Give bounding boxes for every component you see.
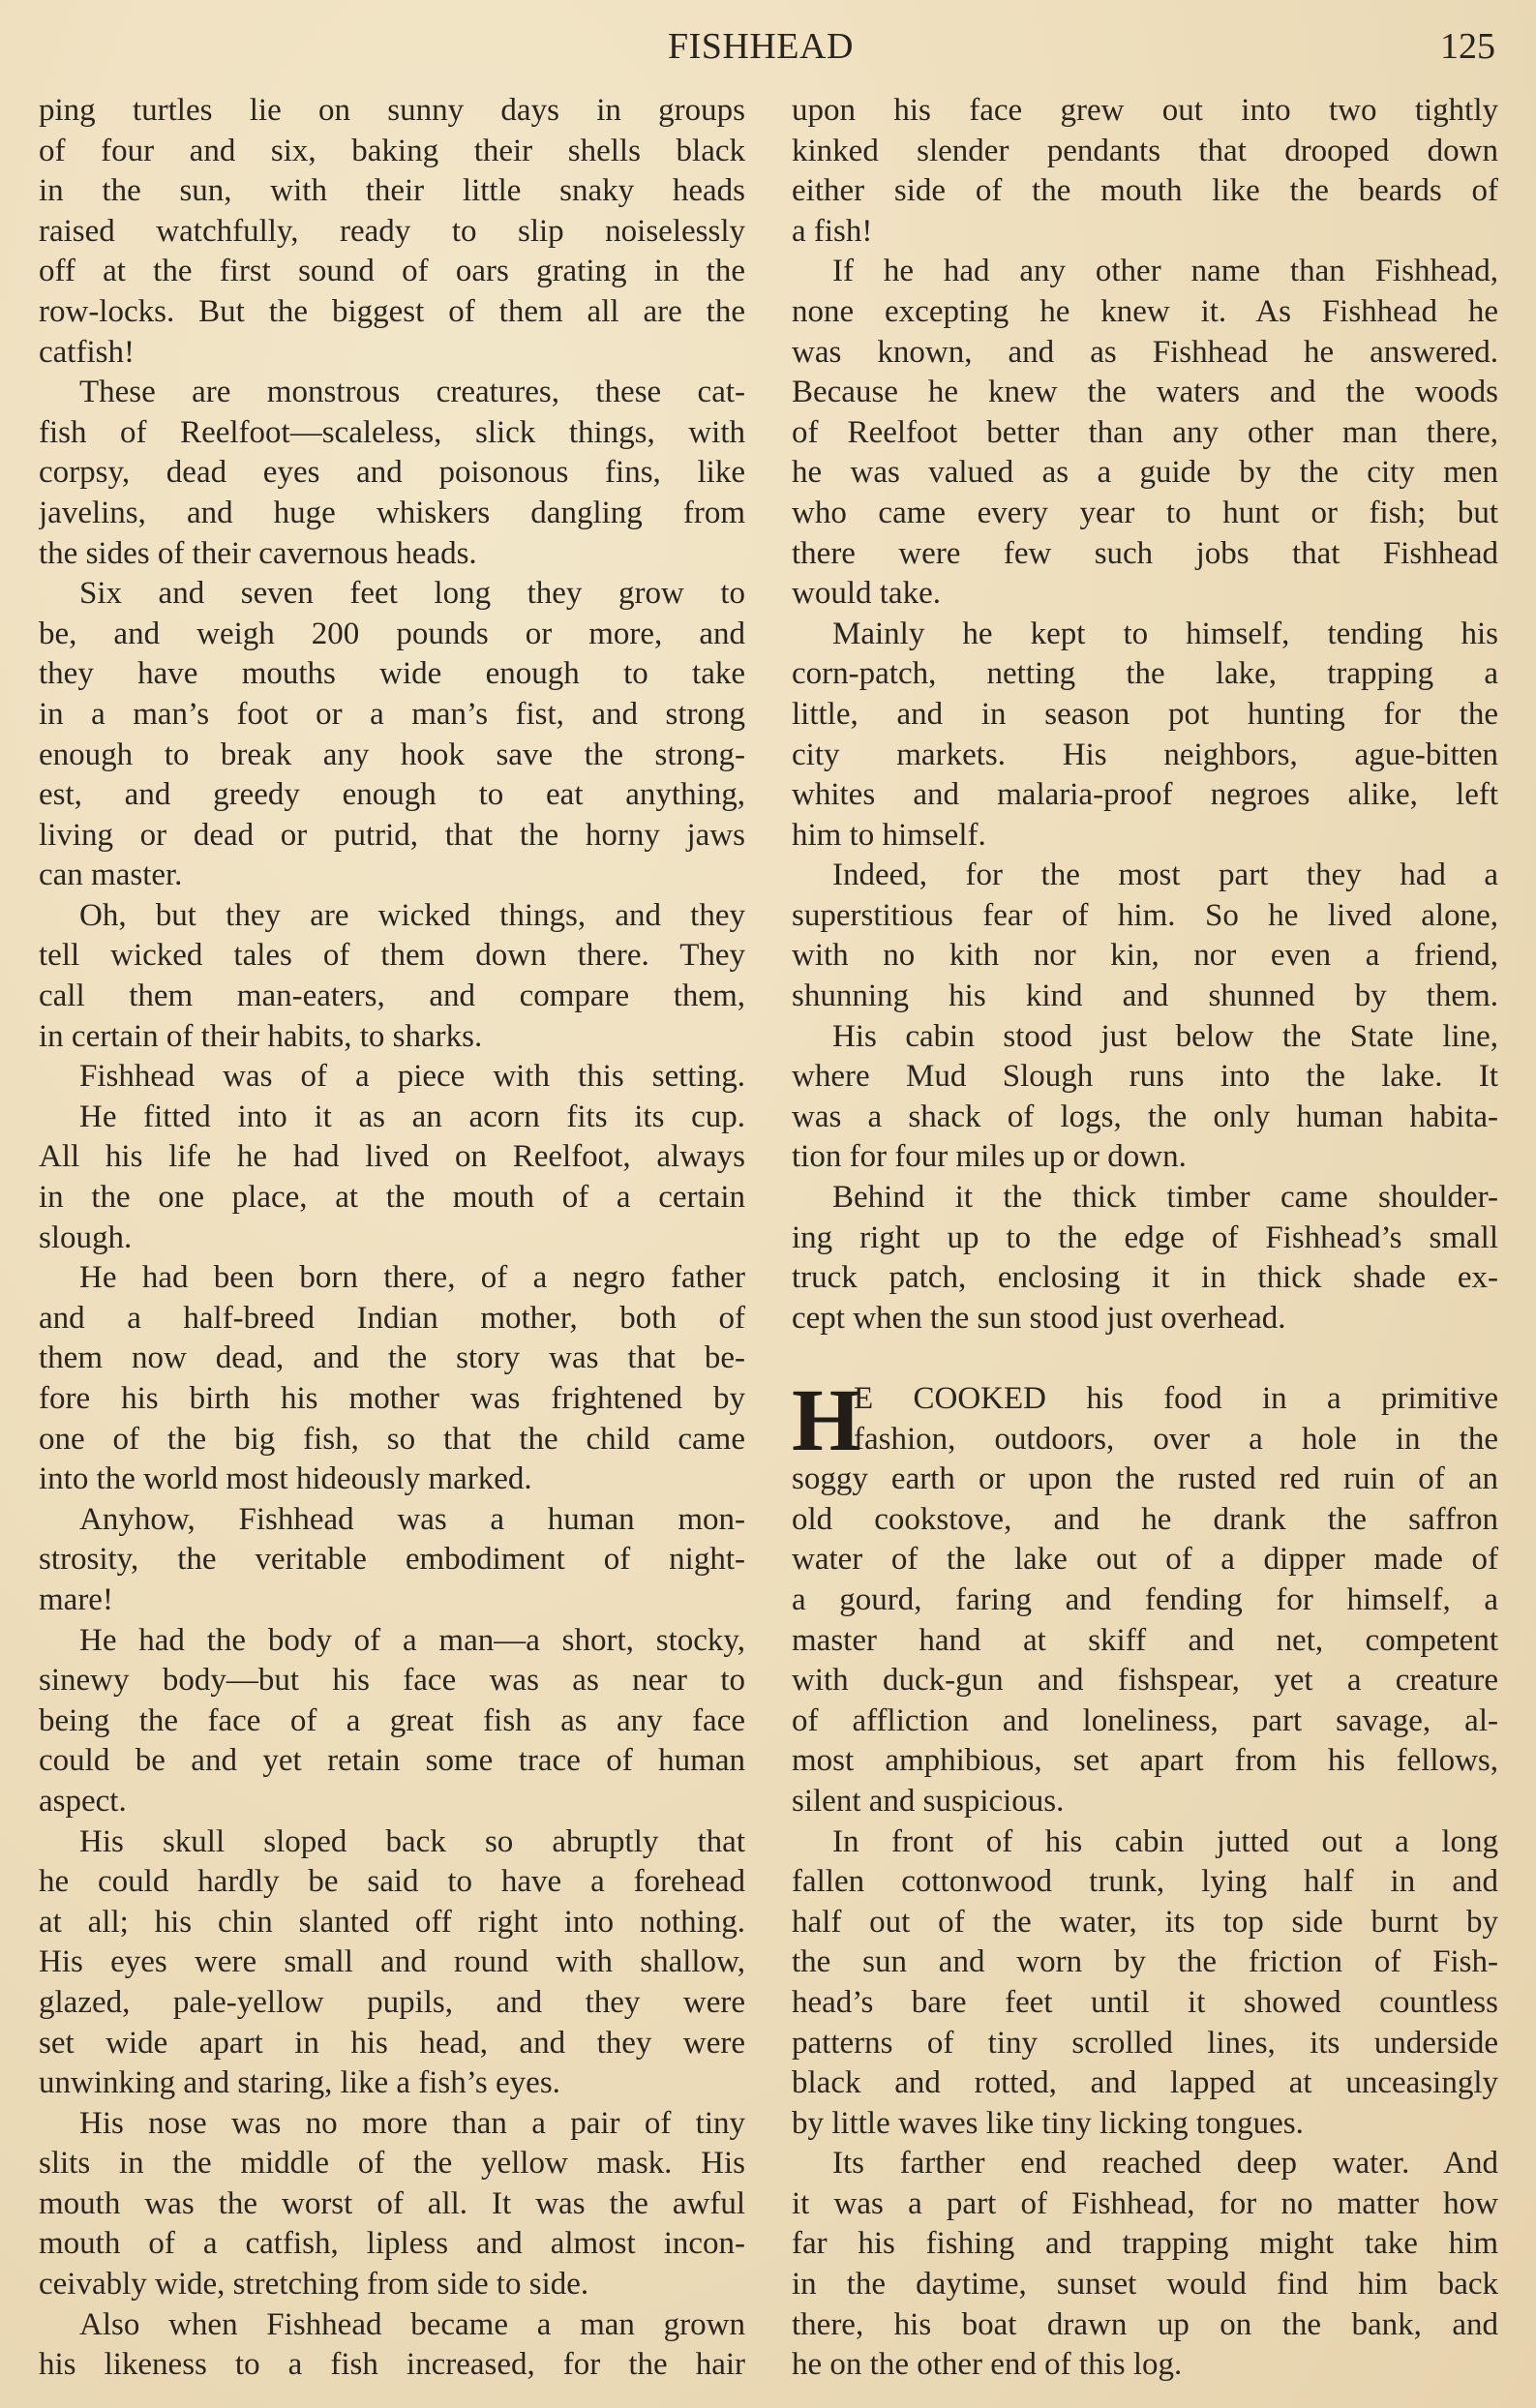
text-line: raised watchfully, ready to slip noisele… [39,212,745,253]
text-line: his likeness to a fish increased, for th… [39,2345,745,2386]
text-line: truck patch, enclosing it in thick shade… [792,1258,1498,1299]
section-opening: H E COOKED his food in a primitive fashi… [792,1379,1498,1460]
text-line: tell wicked tales of them down there. Th… [39,936,745,977]
text-line: fore his birth his mother was frightened… [39,1379,745,1420]
text-line: ceivably wide, stretching from side to s… [39,2265,745,2305]
drop-cap: H [792,1381,861,1459]
text-line: superstitious fear of him. So he lived a… [792,896,1498,937]
text-line: he was valued as a guide by the city men [792,453,1498,494]
text-line: His cabin stood just below the State lin… [792,1017,1498,1058]
text-line: can master. [39,856,745,896]
text-line: silent and suspicious. [792,1782,1498,1822]
text-line: tion for four miles up or down. [792,1137,1498,1178]
text-line: most amphibious, set apart from his fell… [792,1741,1498,1782]
text-line: javelins, and huge whiskers dangling fro… [39,494,745,534]
text-line: far his fishing and trapping might take … [792,2224,1498,2265]
text-line: Behind it the thick timber came shoulder… [792,1178,1498,1219]
text-line: whites and malaria-proof negroes alike, … [792,775,1498,816]
text-line: with no kith nor kin, nor even a friend, [792,936,1498,977]
text-line: corpsy, dead eyes and poisonous fins, li… [39,453,745,494]
text-line: kinked slender pendants that drooped dow… [792,132,1498,172]
text-line: All his life he had lived on Reelfoot, a… [39,1137,745,1178]
text-line: at all; his chin slanted off right into … [39,1903,745,1943]
running-title: FISHHEAD [668,25,854,68]
text-line: in the one place, at the mouth of a cert… [39,1178,745,1219]
text-line: His nose was no more than a pair of tiny [39,2104,745,2145]
text-line: be, and weigh 200 pounds or more, and [39,615,745,655]
text-line: mouth was the worst of all. It was the a… [39,2184,745,2225]
text-line: there were few such jobs that Fishhead [792,534,1498,575]
text-line: a fish! [792,212,1498,253]
left-text-column: ping turtles lie on sunny days in groups… [39,91,745,2386]
text-line: upon his face grew out into two tightly [792,91,1498,132]
text-line: would take. [792,574,1498,615]
text-line: off at the first sound of oars grating i… [39,252,745,292]
text-line: black and rotted, and lapped at unceasin… [792,2063,1498,2104]
text-line: His skull sloped back so abruptly that [39,1822,745,1863]
text-line: Six and seven feet long they grow to [39,574,745,615]
text-line: Its farther end reached deep water. And [792,2144,1498,2184]
text-line: he could hardly be said to have a forehe… [39,1862,745,1903]
text-line: strosity, the veritable embodiment of ni… [39,1540,745,1580]
text-line: Anyhow, Fishhead was a human mon- [39,1500,745,1541]
text-line: patterns of tiny scrolled lines, its und… [792,2024,1498,2064]
text-line: call them man-eaters, and compare them, [39,977,745,1017]
right-text-column: upon his face grew out into two tightlyk… [792,91,1498,2386]
text-line: These are monstrous creatures, these cat… [39,373,745,413]
text-line: enough to break any hook save the strong… [39,736,745,776]
text-line: in the daytime, sunset would find him ba… [792,2265,1498,2305]
text-line: where Mud Slough runs into the lake. It [792,1057,1498,1098]
text-line: master hand at skiff and net, competent [792,1621,1498,1662]
text-line: in certain of their habits, to sharks. [39,1017,745,1058]
text-line: fallen cottonwood trunk, lying half in a… [792,1862,1498,1903]
text-line: living or dead or putrid, that the horny… [39,816,745,857]
text-line: of Reelfoot better than any other man th… [792,413,1498,454]
text-line: in the sun, with their little snaky head… [39,171,745,212]
text-line: was a shack of logs, the only human habi… [792,1098,1498,1138]
text-line: either side of the mouth like the beards… [792,171,1498,212]
text-line: Oh, but they are wicked things, and they [39,896,745,937]
text-line: If he had any other name than Fishhead, [792,252,1498,292]
section-first-line: E COOKED his food in a primitive [792,1379,1498,1420]
right-column-part-1: upon his face grew out into two tightlyk… [792,91,1498,1339]
text-line: in a man’s foot or a man’s fist, and str… [39,695,745,736]
text-line: cept when the sun stood just overhead. [792,1299,1498,1339]
text-line: half out of the water, its top side burn… [792,1903,1498,1943]
text-line: mouth of a catfish, lipless and almost i… [39,2224,745,2265]
text-line: there, his boat drawn up on the bank, an… [792,2305,1498,2346]
text-line: fish of Reelfoot—scaleless, slick things… [39,413,745,454]
text-line: slough. [39,1219,745,1259]
text-line: and a half-breed Indian mother, both of [39,1299,745,1339]
text-line: the sides of their cavernous heads. [39,534,745,575]
text-line: slits in the middle of the yellow mask. … [39,2144,745,2184]
section-break [792,1339,1498,1379]
text-line: city markets. His neighbors, ague-bitten [792,736,1498,776]
text-line: ing right up to the edge of Fishhead’s s… [792,1219,1498,1259]
page-number: 125 [1440,25,1495,68]
text-line: set wide apart in his head, and they wer… [39,2024,745,2064]
text-line: est, and greedy enough to eat anything, [39,775,745,816]
text-line: aspect. [39,1782,745,1822]
text-line: shunning his kind and shunned by them. [792,977,1498,1017]
text-line: Fishhead was of a piece with this settin… [39,1057,745,1098]
page-header: FISHHEAD 125 [0,25,1536,74]
text-line: could be and yet retain some trace of hu… [39,1741,745,1782]
text-line: He had the body of a man—a short, stocky… [39,1621,745,1662]
text-line: Indeed, for the most part they had a [792,856,1498,896]
text-line: Also when Fishhead became a man grown [39,2305,745,2346]
text-line: catfish! [39,333,745,374]
text-line: into the world most hideously marked. [39,1460,745,1500]
text-line: unwinking and staring, like a fish’s eye… [39,2063,745,2104]
text-line: In front of his cabin jutted out a long [792,1822,1498,1863]
text-line: none excepting he knew it. As Fishhead h… [792,292,1498,333]
text-line: by little waves like tiny licking tongue… [792,2104,1498,2145]
text-line: one of the big fish, so that the child c… [39,1420,745,1460]
text-line: Because he knew the waters and the woods [792,373,1498,413]
text-line: corn-patch, netting the lake, trapping a [792,654,1498,695]
text-line: He had been born there, of a negro fathe… [39,1258,745,1299]
text-line: them now dead, and the story was that be… [39,1339,745,1379]
text-line: water of the lake out of a dipper made o… [792,1540,1498,1580]
text-line: of affliction and loneliness, part savag… [792,1701,1498,1742]
text-line: little, and in season pot hunting for th… [792,695,1498,736]
text-line: they have mouths wide enough to take [39,654,745,695]
text-line: mare! [39,1580,745,1621]
text-line: glazed, pale-yellow pupils, and they wer… [39,1983,745,2024]
text-line: His eyes were small and round with shall… [39,1942,745,1983]
text-line: was known, and as Fishhead he answered. [792,333,1498,374]
section-second-line: fashion, outdoors, over a hole in the [792,1420,1498,1460]
text-line: being the face of a great fish as any fa… [39,1701,745,1742]
text-line: him to himself. [792,816,1498,857]
text-line: Mainly he kept to himself, tending his [792,615,1498,655]
text-line: it was a part of Fishhead, for no matter… [792,2184,1498,2225]
text-line: old cookstove, and he drank the saffron [792,1500,1498,1541]
text-line: the sun and worn by the friction of Fish… [792,1942,1498,1983]
text-line: soggy earth or upon the rusted red ruin … [792,1460,1498,1500]
text-line: a gourd, faring and fending for himself,… [792,1580,1498,1621]
text-line: with duck-gun and fishspear, yet a creat… [792,1661,1498,1701]
text-line: sinewy body—but his face was as near to [39,1661,745,1701]
text-line: He fitted into it as an acorn fits its c… [39,1098,745,1138]
right-column-part-2: soggy earth or upon the rusted red ruin … [792,1460,1498,2386]
text-line: row-locks. But the biggest of them all a… [39,292,745,333]
text-line: head’s bare feet until it showed countle… [792,1983,1498,2024]
text-line: ping turtles lie on sunny days in groups [39,91,745,132]
text-line: of four and six, baking their shells bla… [39,132,745,172]
text-line: he on the other end of this log. [792,2345,1498,2386]
text-line: who came every year to hunt or fish; but [792,494,1498,534]
